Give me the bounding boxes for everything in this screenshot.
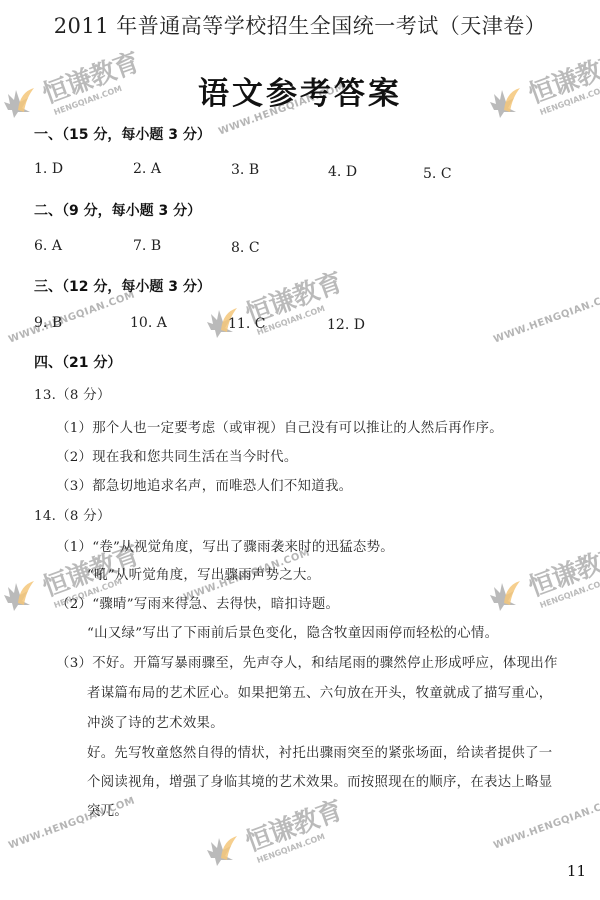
- answer-5: 5. C: [423, 166, 452, 182]
- watermark-logo: 恒谦教育 HENGQIAN.COM: [205, 272, 355, 352]
- answer-10: 10. A: [130, 315, 167, 331]
- q14-line: 个阅读视角，增强了身临其境的艺术效果。而按照现在的顺序，在表达上略显: [87, 771, 552, 790]
- q14-line: （1）“卷”从视觉角度，写出了骤雨袭来时的迅猛态势。: [56, 536, 394, 555]
- answer-8: 8. C: [231, 240, 260, 256]
- q13-line: （1）那个人也一定要考虑（或审视）自己没有可以推让的人然后再作序。: [56, 417, 503, 436]
- section-heading-1: 一、（15 分，每小题 3 分）: [34, 124, 211, 144]
- document-title: 2011 年普通高等学校招生全国统一考试（天津卷）: [0, 10, 600, 40]
- watermark-url: WWW.HENGQIAN.COM: [7, 289, 136, 345]
- q14-line: “山又绿”写出了下雨前后景色变化，隐含牧童因雨停而轻松的心情。: [87, 622, 498, 641]
- answer-12: 12. D: [327, 317, 365, 333]
- watermark-url: WWW.HENGQIAN.COM: [492, 289, 600, 345]
- splash-logo-icon: [2, 573, 36, 611]
- answer-7: 7. B: [133, 238, 161, 254]
- section-heading-3: 三、（12 分，每小题 3 分）: [34, 276, 211, 296]
- q13-label: 13.（8 分）: [34, 384, 111, 403]
- page-number: 11: [567, 862, 586, 880]
- q14-line: 者谋篇布局的艺术匠心。如果把第五、六句放在开头，牧童就成了描写重心，: [87, 682, 552, 701]
- section-heading-2: 二、（9 分，每小题 3 分）: [34, 200, 201, 220]
- answer-11: 11. C: [228, 316, 265, 332]
- watermark-logo: 恒谦教育 HENGQIAN.COM: [2, 545, 152, 625]
- q14-line: “吼”从听觉角度，写出骤雨声势之大。: [87, 564, 320, 583]
- watermark-logo: 恒谦教育 HENGQIAN.COM: [488, 545, 600, 625]
- splash-logo-icon: [488, 573, 522, 611]
- q13-line: （2）现在我和您共同生活在当今时代。: [56, 446, 298, 465]
- q14-line: 好。先写牧童悠然自得的情状，衬托出骤雨突至的紧张场面，给读者提供了一: [87, 742, 552, 761]
- answer-6: 6. A: [34, 238, 62, 254]
- answer-2: 2. A: [133, 161, 161, 177]
- q14-line: （3）不好。开篇写暴雨骤至，先声夺人，和结尾雨的骤然停止形成呼应，体现出作: [56, 652, 558, 671]
- answer-4: 4. D: [328, 164, 357, 180]
- watermark-logo: 恒谦教育 HENGQIAN.COM: [205, 800, 355, 880]
- q14-line: 冲淡了诗的艺术效果。: [87, 712, 224, 731]
- q13-line: （3）都急切地追求名声，而唯恐人们不知道我。: [56, 475, 352, 494]
- answer-9: 9. B: [34, 315, 62, 331]
- watermark-url: WWW.HENGQIAN.COM: [492, 795, 600, 851]
- q14-line: （2）“骤晴”写雨来得急、去得快，暗扣诗题。: [56, 593, 339, 612]
- section-heading-4: 四、（21 分）: [34, 352, 121, 372]
- answer-3: 3. B: [231, 162, 259, 178]
- splash-logo-icon: [205, 828, 239, 866]
- document-subtitle: 语文参考答案: [0, 68, 600, 113]
- q14-label: 14.（8 分）: [34, 505, 111, 524]
- answer-1: 1. D: [34, 161, 63, 177]
- q14-line: 突兀。: [87, 800, 128, 819]
